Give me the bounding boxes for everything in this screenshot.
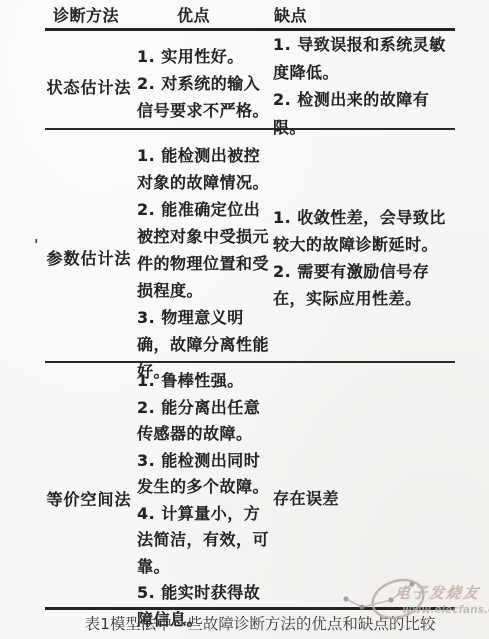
table-row-parameter-estimation: 参数估计法 1. 能检测出被控对象的故障情况。 2. 能准确定位出被控对象中受损… [45, 130, 455, 363]
method-cell: 参数估计法 [45, 130, 133, 385]
header-disadvantages-column: 缺点 [270, 3, 455, 26]
method-cell: 等价空间法 [45, 363, 133, 633]
advantages-cell: 1. 鲁棒性强。 2. 能分离出任意传感器的故障。 3. 能检测出同时发生的多个… [133, 363, 270, 633]
disadvantages-cell: 1. 收敛性差，会导致比较大的故障诊断延时。 2. 需要有激励信号存在，实际应用… [270, 130, 455, 385]
table-row-state-estimation: 状态估计法 1. 实用性好。 2. 对系统的输入信号要求不严格。 1. 导致误报… [45, 31, 455, 130]
table-caption: 表1模型法中一些故障诊断方法的优点和缺点的比较 [45, 612, 455, 634]
data-table: 诊断方法 优点 缺点 状态估计法 1. 实用性好。 2. 对系统的输入信号要求不… [45, 0, 455, 610]
disadvantages-cell: 存在误差 [270, 363, 455, 633]
table-row-parity-space: 等价空间法 1. 鲁棒性强。 2. 能分离出任意传感器的故障。 3. 能检测出同… [45, 363, 455, 610]
header-method-column: 诊断方法 [45, 3, 133, 26]
disadvantages-cell: 1. 导致误报和系统灵敏度降低。 2. 检测出来的故障有限。 [270, 31, 455, 141]
advantages-cell: 1. 实用性好。 2. 对系统的输入信号要求不严格。 [133, 31, 270, 141]
method-cell: 状态估计法 [45, 31, 133, 141]
header-advantages-column: 优点 [133, 3, 270, 26]
scanned-paper-page: 诊断方法 优点 缺点 状态估计法 1. 实用性好。 2. 对系统的输入信号要求不… [0, 0, 489, 639]
advantages-cell: 1. 能检测出被控对象的故障情况。 2. 能准确定位出被控对象中受损元件的物理位… [133, 130, 270, 385]
scan-artifact-mark: ' [34, 236, 39, 254]
table-header-row: 诊断方法 优点 缺点 [45, 0, 455, 31]
